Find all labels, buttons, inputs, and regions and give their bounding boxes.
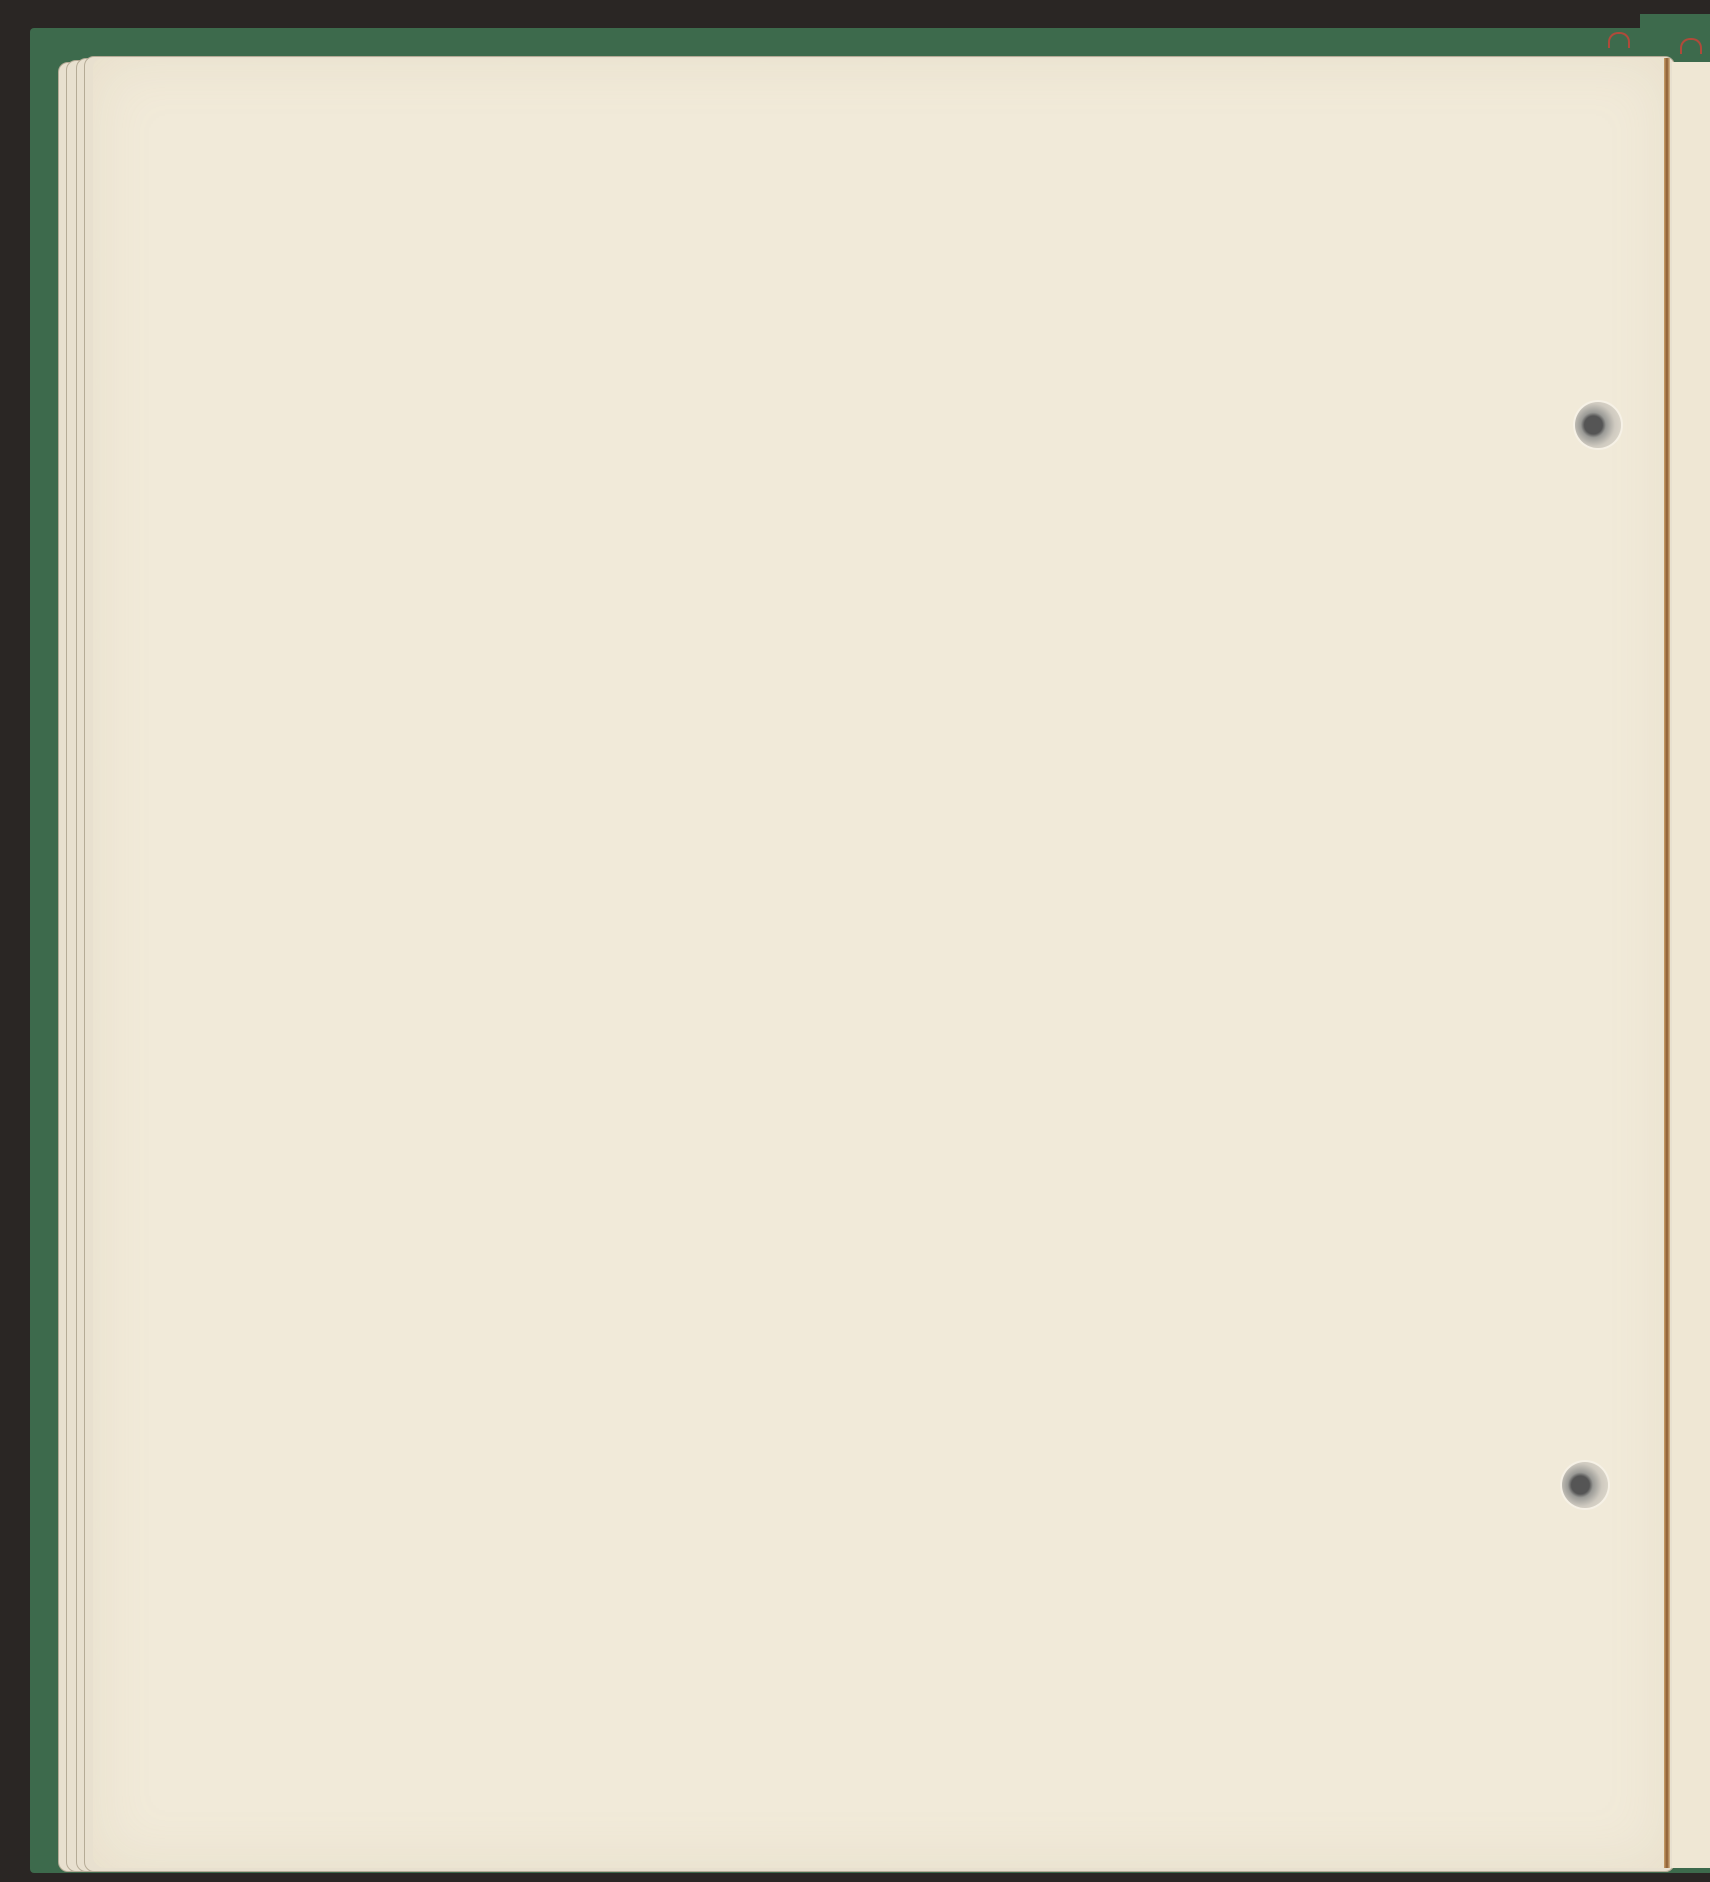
punch-hole-bottom — [1562, 1462, 1608, 1508]
binding-thread — [1608, 32, 1630, 48]
blank-album-page — [93, 58, 1668, 1868]
facing-page-edge — [1672, 62, 1710, 1868]
binding-thread — [1680, 38, 1702, 54]
page-gutter — [1664, 58, 1670, 1868]
punch-hole-top — [1575, 402, 1621, 448]
